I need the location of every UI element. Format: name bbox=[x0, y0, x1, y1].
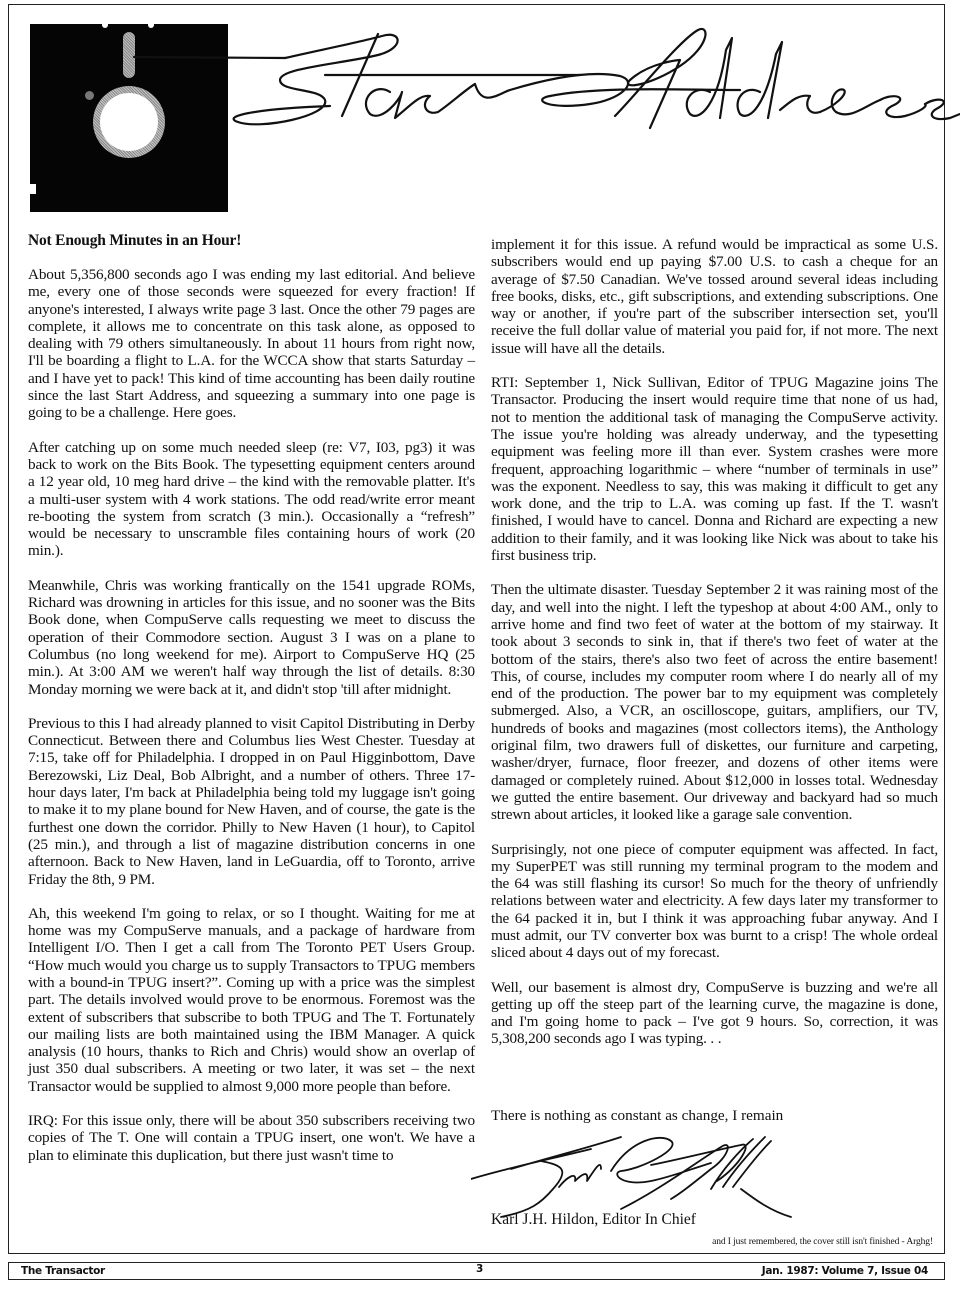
author-name: Karl J.H. Hildon, Editor In Chief bbox=[491, 1211, 696, 1229]
paragraph: Previous to this I had already planned t… bbox=[28, 715, 475, 888]
paragraph: Surprisingly, not one piece of computer … bbox=[491, 841, 938, 962]
disk-write-protect-notch bbox=[30, 184, 36, 194]
paragraph: Ah, this weekend I'm going to relax, or … bbox=[28, 905, 475, 1095]
masthead: Start Address bbox=[0, 0, 960, 225]
paragraph: Well, our basement is almost dry, CompuS… bbox=[491, 979, 938, 1048]
paragraph: Meanwhile, Chris was working frantically… bbox=[28, 577, 475, 698]
signature-block: There is nothing as constant as change, … bbox=[491, 1107, 941, 1247]
right-column: implement it for this issue. A refund wo… bbox=[491, 236, 938, 1065]
paragraph: Then the ultimate disaster. Tuesday Sept… bbox=[491, 581, 938, 823]
title-script: Start Address bbox=[120, 20, 960, 140]
handwritten-signature-icon bbox=[471, 1129, 801, 1219]
closing-line: There is nothing as constant as change, … bbox=[491, 1107, 941, 1125]
disk-index-hole bbox=[85, 91, 94, 100]
paragraph: After catching up on some much needed sl… bbox=[28, 439, 475, 560]
left-column: Not Enough Minutes in an Hour! About 5,3… bbox=[28, 232, 475, 1181]
footer-page-number-wrap: 3 bbox=[8, 1262, 945, 1280]
disk-notch bbox=[102, 24, 108, 28]
paragraph: implement it for this issue. A refund wo… bbox=[491, 236, 938, 357]
postscript: and I just remembered, the cover still i… bbox=[712, 1237, 933, 1247]
paragraph: About 5,356,800 seconds ago I was ending… bbox=[28, 266, 475, 422]
article-heading: Not Enough Minutes in an Hour! bbox=[28, 232, 475, 250]
page-number: 3 bbox=[476, 1263, 483, 1275]
paragraph: IRQ: For this issue only, there will be … bbox=[28, 1112, 475, 1164]
paragraph: RTI: September 1, Nick Sullivan, Editor … bbox=[491, 374, 938, 564]
